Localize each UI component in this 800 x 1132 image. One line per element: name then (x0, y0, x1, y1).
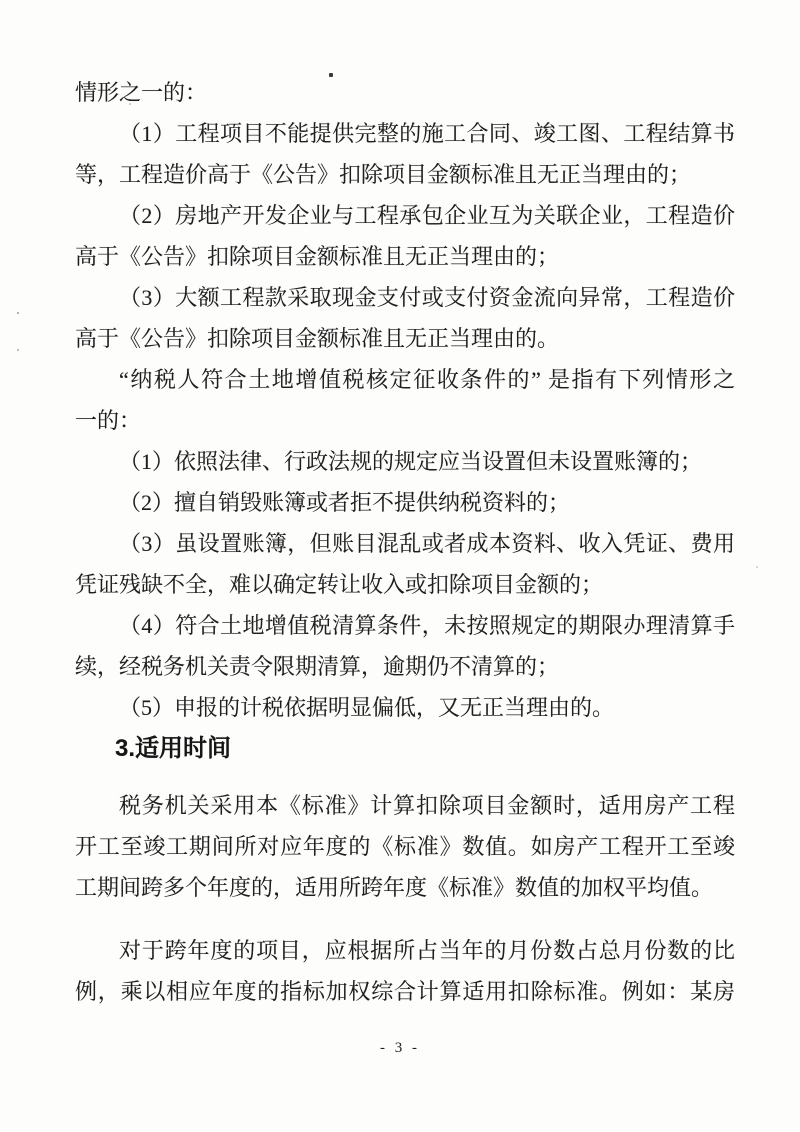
text-line: 高于《公告》扣除项目金额标准且无正当理由的； (75, 236, 735, 277)
text-line: 例，乘以相应年度的指标加权综合计算适用扣除标准。例如：某房 (75, 971, 735, 1012)
paragraph: “纳税人符合土地增值税核定征收条件的” 是指有下列情形之一的： (75, 359, 735, 441)
page-number: - 3 - (0, 1040, 800, 1057)
scan-speck (17, 349, 19, 351)
paragraph: 情形之一的： (75, 72, 735, 113)
text-line: （1）依照法律、行政法规的规定应当设置但未设置账簿的； (75, 441, 735, 482)
paragraph: （2）房地产开发企业与工程承包企业互为关联企业，工程造价高于《公告》扣除项目金额… (75, 195, 735, 277)
text-line: 高于《公告》扣除项目金额标准且无正当理由的。 (75, 318, 735, 359)
paragraph: （4）符合土地增值税清算条件，未按照规定的期限办理清算手续，经税务机关责令限期清… (75, 605, 735, 687)
text-line: （1）工程项目不能提供完整的施工合同、竣工图、工程结算书 (75, 113, 735, 154)
scan-speck (756, 566, 758, 568)
text-line: 情形之一的： (75, 72, 735, 113)
text-line: （3）大额工程款采取现金支付或支付资金流向异常，工程造价 (75, 277, 735, 318)
text-line: 工期间跨多个年度的，适用所跨年度《标准》数值的加权平均值。 (75, 867, 735, 908)
paragraph: （2）擅自销毁账簿或者拒不提供纳税资料的； (75, 482, 735, 523)
scan-speck (17, 312, 19, 314)
paragraph: 对于跨年度的项目，应根据所占当年的月份数占总月份数的比例，乘以相应年度的指标加权… (75, 930, 735, 1012)
paragraph: （5）申报的计税依据明显偏低，又无正当理由的。 (75, 687, 735, 728)
text-line: 续，经税务机关责令限期清算，逾期仍不清算的； (75, 646, 735, 687)
text-line: 税务机关采用本《标准》计算扣除项目金额时，适用房产工程 (75, 785, 735, 826)
document-page: 情形之一的：（1）工程项目不能提供完整的施工合同、竣工图、工程结算书等，工程造价… (0, 0, 800, 1132)
paragraph: （1）依照法律、行政法规的规定应当设置但未设置账簿的； (75, 441, 735, 482)
text-line: （5）申报的计税依据明显偏低，又无正当理由的。 (75, 687, 735, 728)
paragraph: （3）虽设置账簿，但账目混乱或者成本资料、收入凭证、费用凭证残缺不全，难以确定转… (75, 523, 735, 605)
paragraph: （1）工程项目不能提供完整的施工合同、竣工图、工程结算书等，工程造价高于《公告》… (75, 113, 735, 195)
text-line: 开工至竣工期间所对应年度的《标准》数值。如房产工程开工至竣 (75, 826, 735, 867)
text-line: “纳税人符合土地增值税核定征收条件的” 是指有下列情形之 (75, 359, 735, 400)
text-line: （3）虽设置账簿，但账目混乱或者成本资料、收入凭证、费用 (75, 523, 735, 564)
section-heading: 3.适用时间 (75, 728, 735, 769)
text-line: 一的： (75, 400, 735, 441)
text-line: 凭证残缺不全，难以确定转让收入或扣除项目金额的； (75, 564, 735, 605)
paragraph: （3）大额工程款采取现金支付或支付资金流向异常，工程造价高于《公告》扣除项目金额… (75, 277, 735, 359)
text-line: （2）擅自销毁账簿或者拒不提供纳税资料的； (75, 482, 735, 523)
paragraph: 税务机关采用本《标准》计算扣除项目金额时，适用房产工程开工至竣工期间所对应年度的… (75, 785, 735, 908)
text-line: （2）房地产开发企业与工程承包企业互为关联企业，工程造价 (75, 195, 735, 236)
text-body: 情形之一的：（1）工程项目不能提供完整的施工合同、竣工图、工程结算书等，工程造价… (75, 72, 735, 1012)
text-line: 对于跨年度的项目，应根据所占当年的月份数占总月份数的比 (75, 930, 735, 971)
text-line: （4）符合土地增值税清算条件，未按照规定的期限办理清算手 (75, 605, 735, 646)
text-line: 等，工程造价高于《公告》扣除项目金额标准且无正当理由的； (75, 154, 735, 195)
